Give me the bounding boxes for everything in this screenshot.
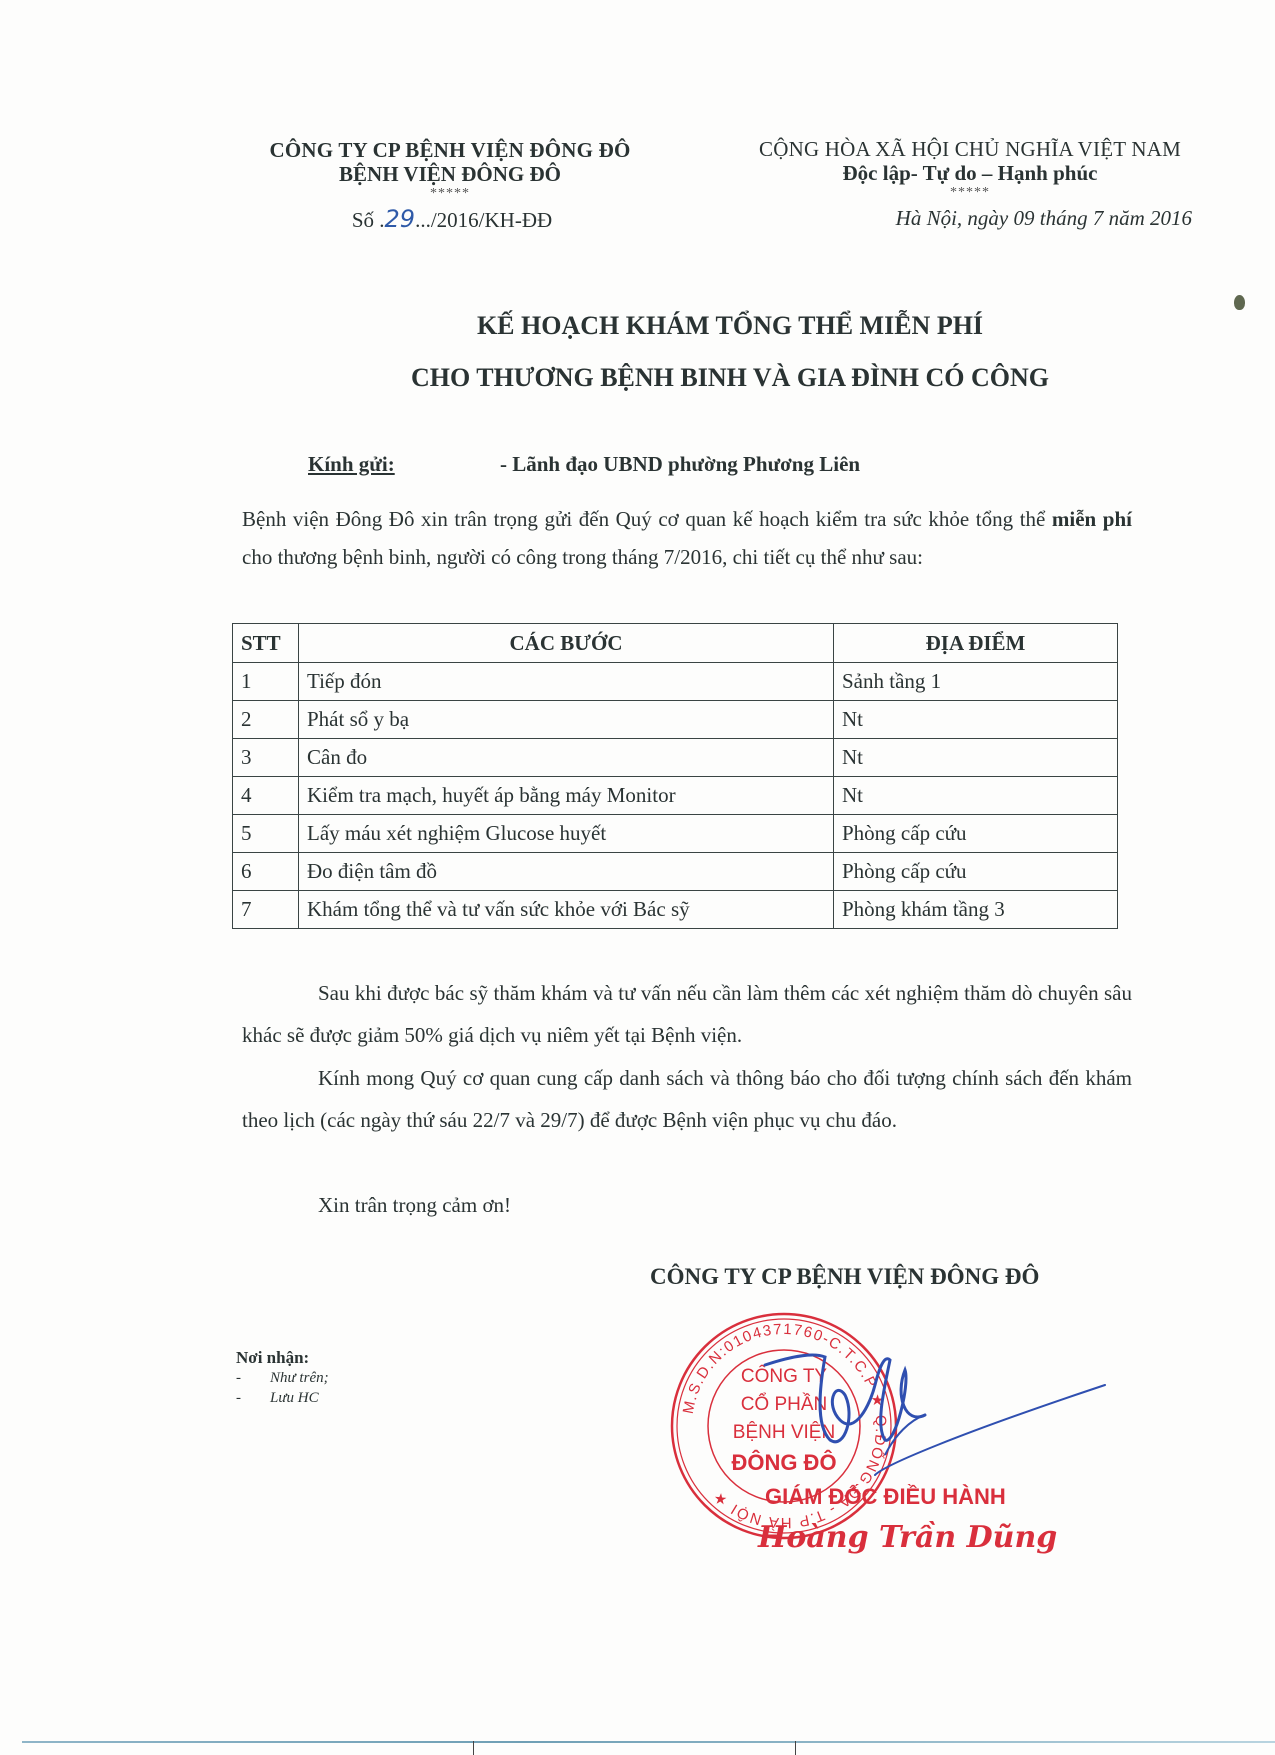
cell-stt: 5 bbox=[233, 815, 299, 853]
table-row: 2Phát sổ y bạNt bbox=[233, 701, 1118, 739]
document-title: KẾ HOẠCH KHÁM TỔNG THỂ MIỄN PHÍ CHO THƯƠ… bbox=[300, 300, 1160, 404]
table-header-row: STT CÁC BƯỚC ĐỊA ĐIỂM bbox=[233, 624, 1118, 663]
cell-location: Phòng khám tầng 3 bbox=[834, 891, 1118, 929]
sender-stars: ***** bbox=[200, 186, 700, 202]
cell-stt: 2 bbox=[233, 701, 299, 739]
title-line-2: CHO THƯƠNG BỆNH BINH VÀ GIA ĐÌNH CÓ CÔNG bbox=[300, 352, 1160, 404]
free-emphasis: miễn phí bbox=[1052, 507, 1132, 531]
sender-company: CÔNG TY CP BỆNH VIỆN ĐÔNG ĐÔ bbox=[200, 138, 700, 162]
table-row: 5Lấy máu xét nghiệm Glucose huyếtPhòng c… bbox=[233, 815, 1118, 853]
recipient-line: Kính gửi: - Lãnh đạo UBND phường Phương … bbox=[308, 452, 395, 477]
intro-paragraph: Bệnh viện Đông Đô xin trân trọng gửi đến… bbox=[242, 500, 1132, 576]
cell-location: Sảnh tầng 1 bbox=[834, 663, 1118, 701]
cell-location: Nt bbox=[834, 701, 1118, 739]
country-name: CỘNG HÒA XÃ HỘI CHỦ NGHĨA VIỆT NAM bbox=[720, 137, 1220, 161]
page-edge-line bbox=[22, 1741, 1275, 1743]
header-stt: STT bbox=[233, 624, 299, 663]
steps-table: STT CÁC BƯỚC ĐỊA ĐIỂM 1Tiếp đónSảnh tầng… bbox=[232, 623, 1118, 929]
cell-step: Đo điện tâm đồ bbox=[299, 853, 834, 891]
national-motto: Độc lập- Tự do – Hạnh phúc bbox=[720, 161, 1220, 185]
discount-paragraph: Sau khi được bác sỹ thăm khám và tư vấn … bbox=[242, 972, 1132, 1056]
page-edge-tick bbox=[795, 1741, 796, 1755]
table-row: 3Cân đoNt bbox=[233, 739, 1118, 777]
title-line-1: KẾ HOẠCH KHÁM TỔNG THỂ MIỄN PHÍ bbox=[300, 300, 1160, 352]
cell-location: Phòng cấp cứu bbox=[834, 815, 1118, 853]
cell-stt: 6 bbox=[233, 853, 299, 891]
cell-step: Cân đo bbox=[299, 739, 834, 777]
cell-stt: 4 bbox=[233, 777, 299, 815]
page-edge-tick bbox=[473, 1741, 474, 1755]
receiver-item: -Như trên; bbox=[236, 1368, 329, 1388]
motto-stars: ***** bbox=[720, 185, 1220, 201]
cell-location: Nt bbox=[834, 777, 1118, 815]
table-row: 7Khám tổng thể và tư vấn sức khỏe với Bá… bbox=[233, 891, 1118, 929]
receivers-block: Nơi nhận: -Như trên; -Lưu HC bbox=[236, 1348, 329, 1408]
sender-header: CÔNG TY CP BỆNH VIỆN ĐÔNG ĐÔ BỆNH VIỆN Đ… bbox=[200, 138, 700, 235]
handwritten-number: 29 bbox=[385, 205, 416, 233]
cell-step: Khám tổng thể và tư vấn sức khỏe với Bác… bbox=[299, 891, 834, 929]
cell-step: Phát sổ y bạ bbox=[299, 701, 834, 739]
table-row: 1Tiếp đónSảnh tầng 1 bbox=[233, 663, 1118, 701]
header-steps: CÁC BƯỚC bbox=[299, 624, 834, 663]
cell-step: Lấy máu xét nghiệm Glucose huyết bbox=[299, 815, 834, 853]
document-number: Số .29.../2016/KH-ĐĐ bbox=[200, 204, 700, 235]
cell-stt: 3 bbox=[233, 739, 299, 777]
signing-company: CÔNG TY CP BỆNH VIỆN ĐÔNG ĐÔ bbox=[650, 1264, 1039, 1290]
request-paragraph: Kính mong Quý cơ quan cung cấp danh sách… bbox=[242, 1057, 1132, 1141]
cell-step: Tiếp đón bbox=[299, 663, 834, 701]
table-row: 4Kiểm tra mạch, huyết áp bằng máy Monito… bbox=[233, 777, 1118, 815]
director-name: Hoàng Trần Dũng bbox=[758, 1520, 1057, 1555]
table-row: 6Đo điện tâm đồPhòng cấp cứu bbox=[233, 853, 1118, 891]
sender-hospital: BỆNH VIỆN ĐÔNG ĐÔ bbox=[200, 162, 700, 186]
cell-step: Kiểm tra mạch, huyết áp bằng máy Monitor bbox=[299, 777, 834, 815]
national-header: CỘNG HÒA XÃ HỘI CHỦ NGHĨA VIỆT NAM Độc l… bbox=[720, 137, 1220, 233]
handwritten-signature bbox=[735, 1325, 1115, 1500]
document-date: Hà Nội, ngày 09 tháng 7 năm 2016 bbox=[720, 203, 1220, 233]
recipient-label: Kính gửi: bbox=[308, 452, 395, 476]
recipient-name: - Lãnh đạo UBND phường Phương Liên bbox=[500, 452, 860, 477]
thanks-line: Xin trân trọng cảm ơn! bbox=[318, 1184, 511, 1226]
scan-speck bbox=[1234, 295, 1245, 310]
receiver-item: -Lưu HC bbox=[236, 1388, 329, 1408]
director-title: GIÁM ĐỐC ĐIỀU HÀNH bbox=[765, 1484, 1006, 1510]
cell-location: Nt bbox=[834, 739, 1118, 777]
receivers-heading: Nơi nhận: bbox=[236, 1348, 329, 1368]
cell-stt: 7 bbox=[233, 891, 299, 929]
cell-location: Phòng cấp cứu bbox=[834, 853, 1118, 891]
header-location: ĐỊA ĐIỂM bbox=[834, 624, 1118, 663]
cell-stt: 1 bbox=[233, 663, 299, 701]
